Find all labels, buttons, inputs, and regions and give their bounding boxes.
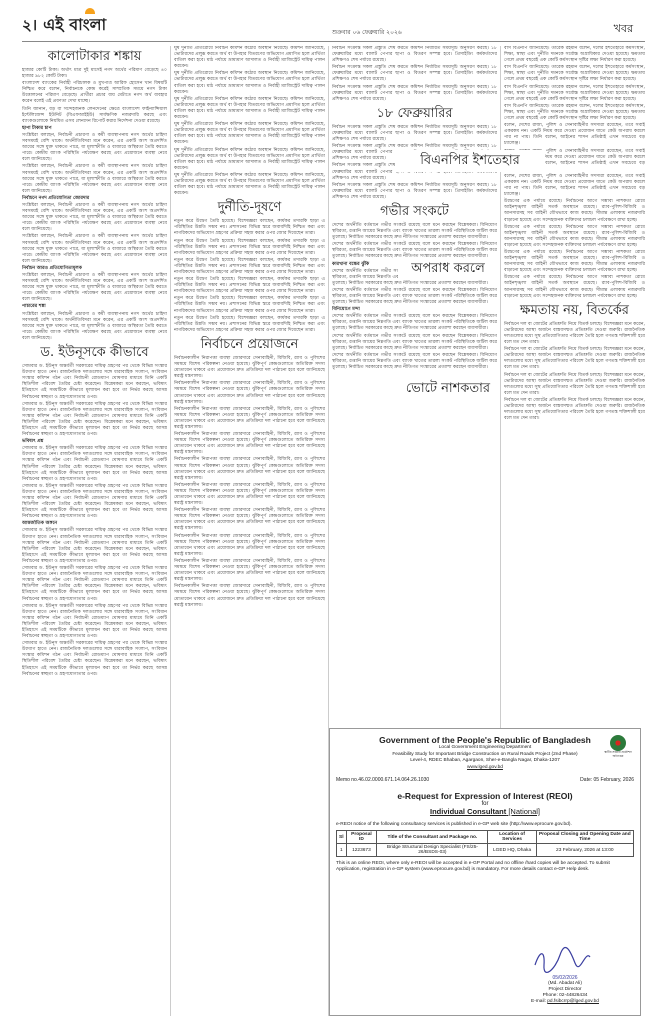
paragraph: দেশের অর্থনীতি বর্তমানে গভীর সংকটে রয়েছ… (332, 334, 497, 352)
masthead: ২। এই বাংলা শুক্রবার ০৬ ফেব্রুয়ারি ২০২৬… (22, 22, 645, 42)
paragraph: নির্বাচনে দল বা জোটের প্রতিশ্রুতি নিয়ে … (504, 347, 645, 371)
paragraph: সোমবার ড. ইউনূস অন্তর্বর্তী সরকারের দায়… (22, 446, 167, 483)
issue-date: শুক্রবার ০৬ ফেব্রুয়ারি ২০২৬ (332, 27, 402, 38)
paragraph: ঘুষ দুর্নীতি প্রতিরোধে নির্বাচন কমিশন কঠ… (174, 173, 325, 197)
paragraph: উদ্বেগের এক পর্যায়ে রয়েছে। নির্বাচনের … (504, 250, 645, 274)
tender-advertisement: স্থানীয় সরকার প্রকৌশল অধিদপ্তর Governme… (329, 728, 641, 1016)
paragraph: নির্বাচনকালীন নিরাপত্তা ব্যবস্থা জোরদারে… (174, 559, 325, 583)
subheading: নির্বাচনে নগদ প্রতিযোগিতা জোরদার (22, 196, 167, 202)
subheading: পাচারের শঙ্কা (22, 304, 167, 310)
paragraph: সোমবার ড. ইউনূস অন্তর্বর্তী সরকারের দায়… (22, 641, 167, 678)
paragraph: দেশের অর্থনীতি বর্তমানে গভীর সংকটে রয়েছ… (332, 288, 497, 306)
memo-number: Memo no.46.02.0000.671.14.064.26.1030 (336, 777, 429, 783)
paragraph: সোমবার ড. ইউনূস অন্তর্বর্তী সরকারের দায়… (22, 402, 167, 439)
paragraph: সোমবার ড. ইউনূস অন্তর্বর্তী সরকারের দায়… (22, 528, 167, 565)
headline: দুর্নীতি-দূষণে (174, 200, 325, 216)
paragraph: দেশের অর্থনীতি বর্তমানে গভীর সংকটে রয়েছ… (332, 223, 497, 241)
paragraph: সংশ্লিষ্টরা বলছেন, নির্বাচনী প্রচারণা ও … (22, 164, 167, 194)
paragraph: সোমবার ড. ইউনূস অন্তর্বর্তী সরকারের দায়… (22, 484, 167, 521)
paragraph: নির্বাচন সংক্রান্ত সকল প্রস্তুতি শেষ করত… (332, 183, 497, 201)
lged-seal-icon: স্থানীয় সরকার প্রকৌশল অধিদপ্তর (604, 735, 632, 765)
paragraph: নির্বাচনে দল বা জোটের প্রতিশ্রুতি নিয়ে … (504, 398, 645, 422)
paragraph: নতুন করে উদ্বেগ তৈরি হয়েছে। বিশেষজ্ঞরা … (174, 219, 325, 237)
paragraph: বাস বিএনপি জানিয়েছে। তারেক রহমান বলেন, … (504, 65, 645, 83)
ad-government: Government of the People's Republic of B… (336, 735, 634, 745)
headline-box: অপরাধ করলে (398, 258, 498, 280)
headline: অপরাধ করলে (398, 261, 498, 277)
paragraph: ঘুষ দুর্নীতি প্রতিরোধে নির্বাচন কমিশন কঠ… (174, 148, 325, 172)
subheading: ছাপা টাকার চাপ (22, 126, 167, 132)
paragraph: নতুন করে উদ্বেগ তৈরি হয়েছে। বিশেষজ্ঞরা … (174, 296, 325, 314)
signatory-email: E-mail: pd.fsibcrrp@lged.gov.bd (530, 999, 600, 1005)
paragraph: সোমবার ড. ইউনূস অন্তর্বর্তী সরকারের দায়… (22, 364, 167, 401)
subheading: ভবিষ্যৎ প্রশ্ন (22, 439, 167, 445)
paragraph: তিনি জানান, বড় বা সন্দেহজনক লেনদেনের ক্… (22, 107, 167, 125)
headline: ড. ইউনূসকে কীভাবে (22, 345, 167, 361)
paragraph: বলেন, দেশের রাজ্য, পুলিশ ও সেনাবাহিনীর স… (504, 123, 645, 147)
headline: বিএনপির ইশতেহার (395, 153, 545, 169)
paragraph: হাজার কোটি টাকা। অর্থাৎ মাত্র দুই মাসেই … (22, 68, 167, 80)
paragraph: সংশ্লিষ্টরা বলছেন, নির্বাচনী প্রচারণা ও … (22, 133, 167, 163)
paragraph: দেশের অর্থনীতি বর্তমানে গভীর সংকটে রয়েছ… (332, 314, 497, 332)
paragraph: দেশের অর্থনীতি বর্তমানে গভীর সংকটে রয়েছ… (332, 353, 497, 371)
paragraph: ঘুষ দুর্নীতি প্রতিরোধে নির্বাচন কমিশন কঠ… (174, 46, 325, 70)
paragraph: উদ্বেগের এক পর্যায়ে রয়েছে। নির্বাচনের … (504, 225, 645, 249)
paragraph: নির্বাচন সংক্রান্ত সকল প্রস্তুতি শেষ করত… (332, 85, 497, 103)
ad-note: This is an online REOI, where only e-REO… (336, 861, 634, 873)
paragraph: উদ্বেগের এক পর্যায়ে রয়েছে। নির্বাচনের … (504, 199, 645, 223)
ad-title: e-Request for Expression of Interest (RE… (336, 791, 634, 801)
headline: নির্বাচনে প্রয়োজনে (174, 337, 325, 353)
headline: ভোটে নাশকতার (398, 381, 498, 397)
paragraph: ঘুষ দুর্নীতি প্রতিরোধে নির্বাচন কমিশন কঠ… (174, 71, 325, 95)
paragraph: উদ্বেগের এক পর্যায়ে রয়েছে। নির্বাচনের … (504, 275, 645, 299)
paragraph: সংশ্লিষ্টরা বলছেন, নির্বাচনী প্রচারণা ও … (22, 273, 167, 303)
column-2: ঘুষ দুর্নীতি প্রতিরোধে নির্বাচন কমিশন কঠ… (174, 46, 325, 1016)
paragraph: ঘুষ দুর্নীতি প্রতিরোধে নির্বাচন কমিশন কঠ… (174, 97, 325, 121)
headline: ক্ষমতায় নয়, বিতর্কের (504, 303, 645, 319)
paragraph: বাস বিএনপি জানিয়েছে। তারেক রহমান বলেন, … (504, 46, 645, 64)
paragraph: নির্বাচনে দল বা জোটের প্রতিশ্রুতি নিয়ে … (504, 373, 645, 397)
paragraph: নতুন করে উদ্বেগ তৈরি হয়েছে। বিশেষজ্ঞরা … (174, 277, 325, 295)
table-row: 1 1223673 Bridge Structural Design Speci… (337, 844, 634, 857)
paragraph: বাস বিএনপি জানিয়েছে। তারেক রহমান বলেন, … (504, 104, 645, 122)
ad-website-link[interactable]: www.lged.gov.bd (336, 765, 634, 772)
paragraph: নির্বাচনকালীন নিরাপত্তা ব্যবস্থা জোরদারে… (174, 483, 325, 507)
paragraph: নির্বাচনে দল বা জোটের প্রতিশ্রুতি নিয়ে … (504, 322, 645, 346)
headline-box: ভোটে নাশকতার (398, 378, 498, 400)
newspaper-logo: এই বাংলা (43, 12, 106, 39)
paragraph: সংশ্লিষ্টরা বলছেন, নির্বাচনী প্রচারণা ও … (22, 234, 167, 264)
headline-box: বিএনপির ইশতেহার (395, 150, 545, 172)
headline: কালোটাকার শঙ্কায় (22, 49, 167, 65)
memo-row: Memo no.46.02.0000.671.14.064.26.1030 Da… (336, 777, 634, 783)
paragraph: বাস বিএনপি জানিয়েছে। তারেক রহমান বলেন, … (504, 85, 645, 103)
headline: গভীর সংকটে (332, 204, 497, 220)
subheading: নির্বাচন আরও প্রতিযোগিতামূলক (22, 266, 167, 272)
column-4: বাস বিএনপি জানিয়েছে। তারেক রহমান বলেন, … (504, 46, 645, 721)
section-name: খবর (614, 20, 633, 39)
paragraph: ঘুষ দুর্নীতি প্রতিরোধে নির্বাচন কমিশন কঠ… (174, 122, 325, 146)
paragraph: নতুন করে উদ্বেগ তৈরি হয়েছে। বিশেষজ্ঞরা … (174, 316, 325, 334)
paragraph: নির্বাচনকালীন নিরাপত্তা ব্যবস্থা জোরদারে… (174, 356, 325, 380)
paragraph: নির্বাচনকালীন নিরাপত্তা ব্যবস্থা জোরদারে… (174, 381, 325, 405)
subheading: আন্তর্জাতিক অঙ্গনে (22, 521, 167, 527)
headline: ১৮ ফেব্রুয়ারির (332, 106, 497, 122)
email-link[interactable]: pd.fsibcrrp@lged.gov.bd (547, 999, 599, 1004)
signature-icon (530, 945, 600, 975)
signature-block: 05/02/2026 (Md. Abadat Ali) Project Dire… (530, 945, 600, 1005)
table-header-row: Sl Proposal ID Title of the Consultant a… (337, 831, 634, 844)
paragraph: নির্বাচন সংক্রান্ত সকল প্রস্তুতি শেষ করত… (332, 46, 497, 64)
subheading: বিনিয়োগে মন্দা (332, 307, 497, 313)
paragraph: নির্বাচনকালীন নিরাপত্তা ব্যবস্থা জোরদারে… (174, 457, 325, 481)
page-number: ২। (22, 14, 37, 39)
paragraph: নির্বাচনকালীন নিরাপত্তা ব্যবস্থা জোরদারে… (174, 534, 325, 558)
sun-icon (85, 8, 95, 14)
paragraph: নতুন করে উদ্বেগ তৈরি হয়েছে। বিশেষজ্ঞরা … (174, 239, 325, 257)
ad-subtitle: Individual Consultant [National] (336, 807, 634, 816)
paragraph: সংশ্লিষ্টরা বলছেন, নির্বাচনী প্রচারণা ও … (22, 312, 167, 342)
paragraph: সংশ্লিষ্টরা বলছেন, নির্বাচনী প্রচারণা ও … (22, 203, 167, 233)
paragraph: সোমবার ড. ইউনূস অন্তর্বর্তী সরকারের দায়… (22, 604, 167, 641)
paragraph: নতুন করে উদ্বেগ তৈরি হয়েছে। বিশেষজ্ঞরা … (174, 258, 325, 276)
paragraph: বাংলাদেশ ব্যাংকের নির্বাহী পরিচালক ও মুখ… (22, 81, 167, 105)
paragraph: বলেন, দেশের রাজ্য, পুলিশ ও সেনাবাহিনীর স… (504, 174, 645, 198)
paragraph: নির্বাচন সংক্রান্ত সকল প্রস্তুতি শেষ করত… (332, 65, 497, 83)
proposal-table: Sl Proposal ID Title of the Consultant a… (336, 830, 634, 857)
column-divider (170, 46, 171, 1016)
paragraph: নির্বাচনকালীন নিরাপত্তা ব্যবস্থা জোরদারে… (174, 584, 325, 608)
paragraph: নির্বাচন সংক্রান্ত সকল প্রস্তুতি শেষ করত… (332, 125, 497, 143)
paragraph: নির্বাচনকালীন নিরাপত্তা ব্যবস্থা জোরদারে… (174, 432, 325, 456)
paragraph: সোমবার ড. ইউনূস অন্তর্বর্তী সরকারের দায়… (22, 566, 167, 603)
memo-date: Date: 05 February, 2026 (580, 777, 634, 783)
column-1: কালোটাকার শঙ্কায় হাজার কোটি টাকা। অর্থা… (22, 46, 167, 1016)
paragraph: নির্বাচনকালীন নিরাপত্তা ব্যবস্থা জোরদারে… (174, 407, 325, 431)
paragraph: নির্বাচনকালীন নিরাপত্তা ব্যবস্থা জোরদারে… (174, 508, 325, 532)
ad-intro: e-REOI notice of the following consultan… (336, 822, 634, 827)
